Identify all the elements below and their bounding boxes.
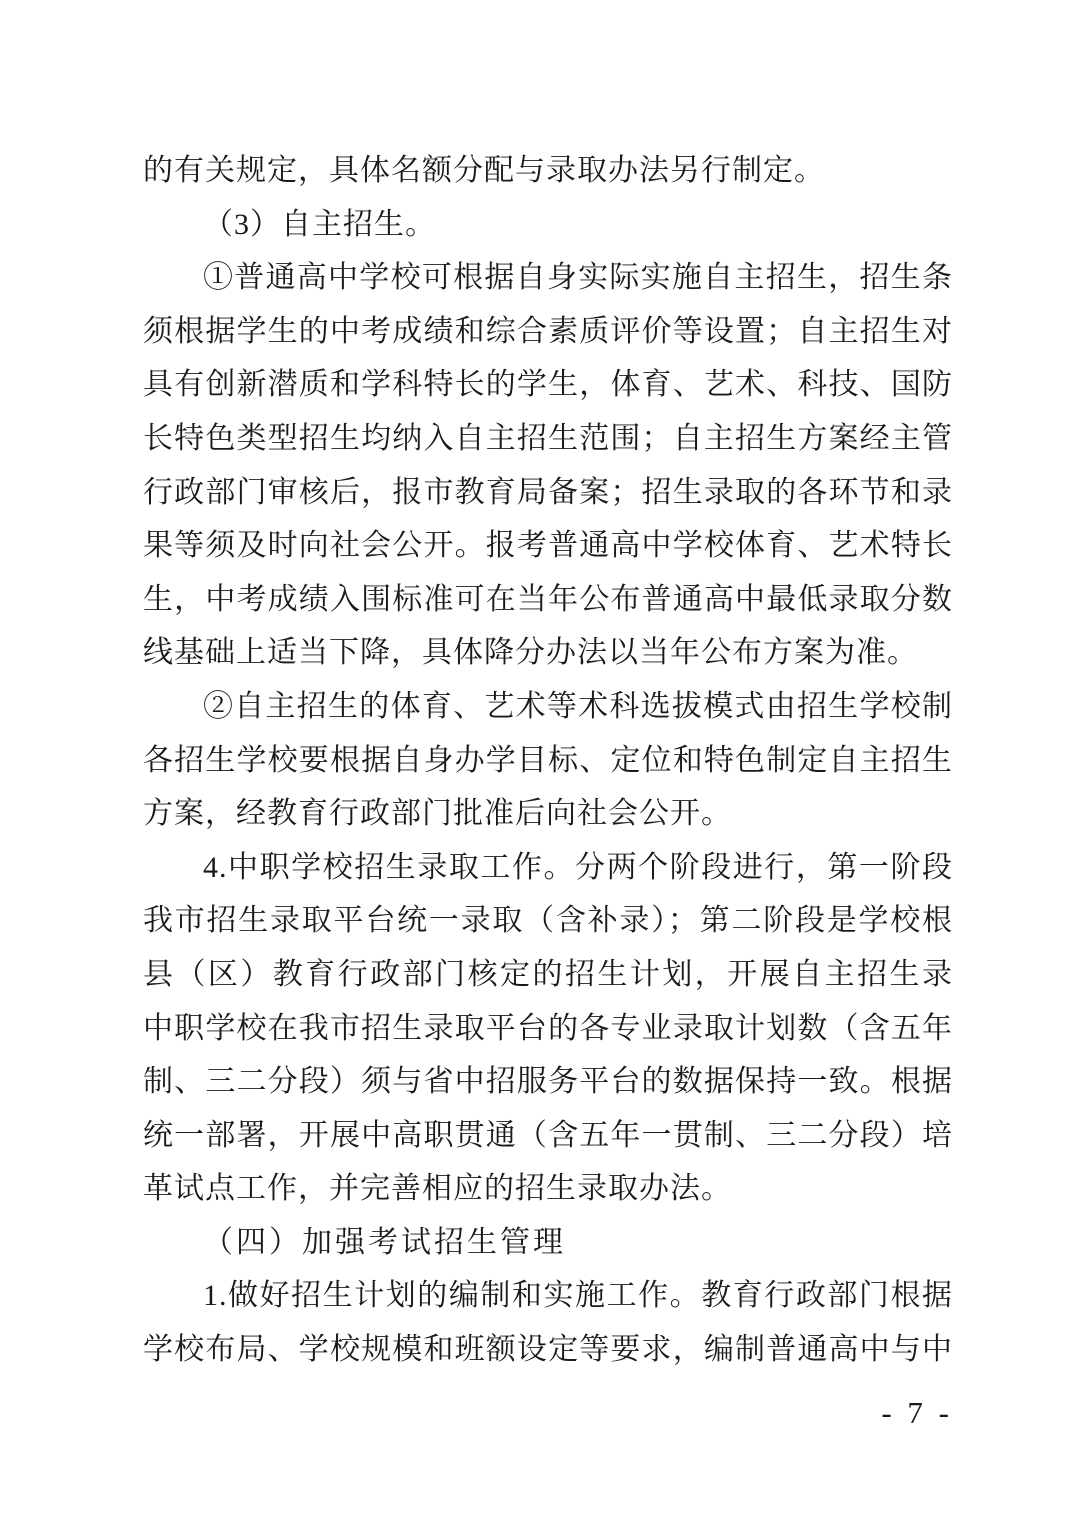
text-line: 长特色类型招生均纳入自主招生范围；自主招生方案经主管教育 xyxy=(143,412,953,466)
text-line: 果等须及时向社会公开。报考普通高中学校体育、艺术特长的考 xyxy=(143,519,953,573)
text-line: ②自主招生的体育、艺术等术科选拔模式由招生学校制定， xyxy=(143,680,953,734)
page-number: - 7 - xyxy=(143,1386,953,1440)
text-line: ①普通高中学校可根据自身实际实施自主招生，招生条件必 xyxy=(143,251,953,305)
text-line: （3）自主招生。 xyxy=(143,198,953,252)
text-line: 制、三二分段）须与省中招服务平台的数据保持一致。根据省的 xyxy=(143,1055,953,1109)
text-line: 生，中考成绩入围标准可在当年公布普通高中最低录取分数控制 xyxy=(143,573,953,627)
document-page: 的有关规定，具体名额分配与录取办法另行制定。（3）自主招生。①普通高中学校可根据… xyxy=(0,0,1080,1527)
text-line: 4.中职学校招生录取工作。分两个阶段进行，第一阶段是在 xyxy=(143,841,953,895)
section-heading: （四）加强考试招生管理 xyxy=(143,1216,953,1270)
text-line: 的有关规定，具体名额分配与录取办法另行制定。 xyxy=(143,144,953,198)
text-line: 统一部署，开展中高职贯通（含五年一贯制、三二分段）培养改 xyxy=(143,1109,953,1163)
text-line: 革试点工作，并完善相应的招生录取办法。 xyxy=(143,1162,953,1216)
text-line: 各招生学校要根据自身办学目标、定位和特色制定自主招生工作 xyxy=(143,734,953,788)
text-line: 具有创新潜质和学科特长的学生，体育、艺术、科技、国防等特 xyxy=(143,358,953,412)
text-line: 学校布局、学校规模和班额设定等要求，编制普通高中与中职学 xyxy=(143,1323,953,1377)
text-line: 中职学校在我市招生录取平台的各专业录取计划数（含五年一贯 xyxy=(143,1002,953,1056)
text-line: 行政部门审核后，报市教育局备案；招生录取的各环节和录取结 xyxy=(143,466,953,520)
text-line: 1.做好招生计划的编制和实施工作。教育行政部门根据区域 xyxy=(143,1269,953,1323)
text-line: 方案，经教育行政部门批准后向社会公开。 xyxy=(143,787,953,841)
text-line: 县（区）教育行政部门核定的招生计划，开展自主招生录取。各 xyxy=(143,948,953,1002)
document-body: 的有关规定，具体名额分配与录取办法另行制定。（3）自主招生。①普通高中学校可根据… xyxy=(143,144,953,1377)
text-line: 线基础上适当下降，具体降分办法以当年公布方案为准。 xyxy=(143,626,953,680)
text-line: 我市招生录取平台统一录取（含补录）；第二阶段是学校根据市、 xyxy=(143,894,953,948)
text-line: 须根据学生的中考成绩和综合素质评价等设置；自主招生对象为 xyxy=(143,305,953,359)
